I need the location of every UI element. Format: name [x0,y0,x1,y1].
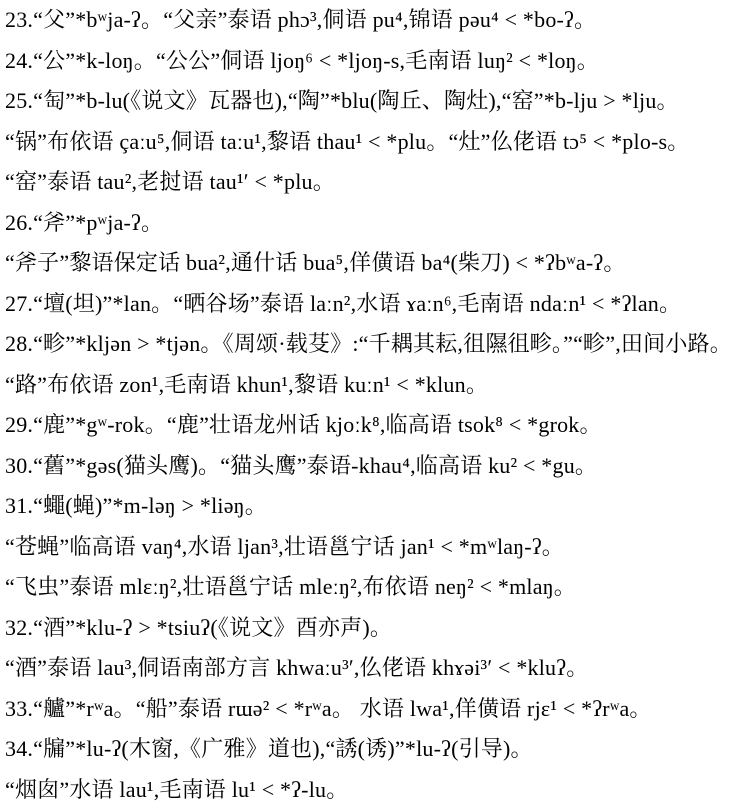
entry-25: 25.“匋”*b-lu(《说文》瓦器也),“陶”*blu(陶丘、陶灶),“窑”*… [5,81,746,122]
entry-28-continuation: “路”布依语 zon¹,毛南语 khun¹,黎语 kuːn¹ < *klun。 [5,365,746,406]
entry-31-continuation-2: “飞虫”泰语 mlɛːŋ²,壮语邕宁话 mleːŋ²,布依语 neŋ² < *m… [5,567,746,608]
entry-26: 26.“斧”*pʷja-ʔ。 [5,203,746,244]
entry-30: 30.“舊”*gəs(猫头鹰)。“猫头鹰”泰语-khau⁴,临高语 ku² < … [5,446,746,487]
entry-34: 34.“牖”*lu-ʔ(木窗,《广雅》道也),“誘(诱)”*lu-ʔ(引导)。 [5,729,746,770]
entry-23: 23.“父”*bʷja-ʔ。“父亲”泰语 phɔ³,侗语 pu⁴,锦语 pəu⁴… [5,0,746,41]
entry-33: 33.“艫”*rʷa。“船”泰语 rɯə² < *rʷa。 水语 lwa¹,佯僙… [5,689,746,730]
entry-25-continuation-2: “窑”泰语 tau²,老挝语 tau¹ʹ < *plu。 [5,162,746,203]
entry-32-continuation: “酒”泰语 lau³,侗语南部方言 khwaːu³ʹ,仫佬语 khɤəi³ʹ <… [5,648,746,689]
entry-32: 32.“酒”*klu-ʔ > *tsiuʔ(《说文》酉亦声)。 [5,608,746,649]
entry-27: 27.“壇(坦)”*lan。“晒谷场”泰语 laːn²,水语 ɤaːn⁶,毛南语… [5,284,746,325]
entry-31: 31.“蠅(蝇)”*m-ləŋ > *liəŋ。 [5,486,746,527]
entry-24: 24.“公”*k-loŋ。“公公”侗语 ljoŋ⁶ < *ljoŋ-s,毛南语 … [5,41,746,82]
entry-34-continuation: “烟囱”水语 lau¹,毛南语 lu¹ < *ʔ-lu。 [5,770,746,810]
entry-31-continuation-1: “苍蝇”临高语 vaŋ⁴,水语 ljan³,壮语邕宁话 jan¹ < *mʷla… [5,527,746,568]
entry-26-continuation: “斧子”黎语保定话 bua²,通什话 bua⁵,佯僙语 ba⁴(柴刀) < *ʔ… [5,243,746,284]
entry-29: 29.“鹿”*gʷ-rok。“鹿”壮语龙州话 kjoːk⁸,临高语 tsok⁸ … [5,405,746,446]
entry-28: 28.“畛”*kljən > *tjən。《周颂·载芟》:“千耦其耘,徂隰徂畛。… [5,324,746,365]
document-page: 23.“父”*bʷja-ʔ。“父亲”泰语 phɔ³,侗语 pu⁴,锦语 pəu⁴… [0,0,746,810]
entry-25-continuation-1: “锅”布依语 çaːu⁵,侗语 taːu¹,黎语 thau¹ < *plu。“灶… [5,122,746,163]
